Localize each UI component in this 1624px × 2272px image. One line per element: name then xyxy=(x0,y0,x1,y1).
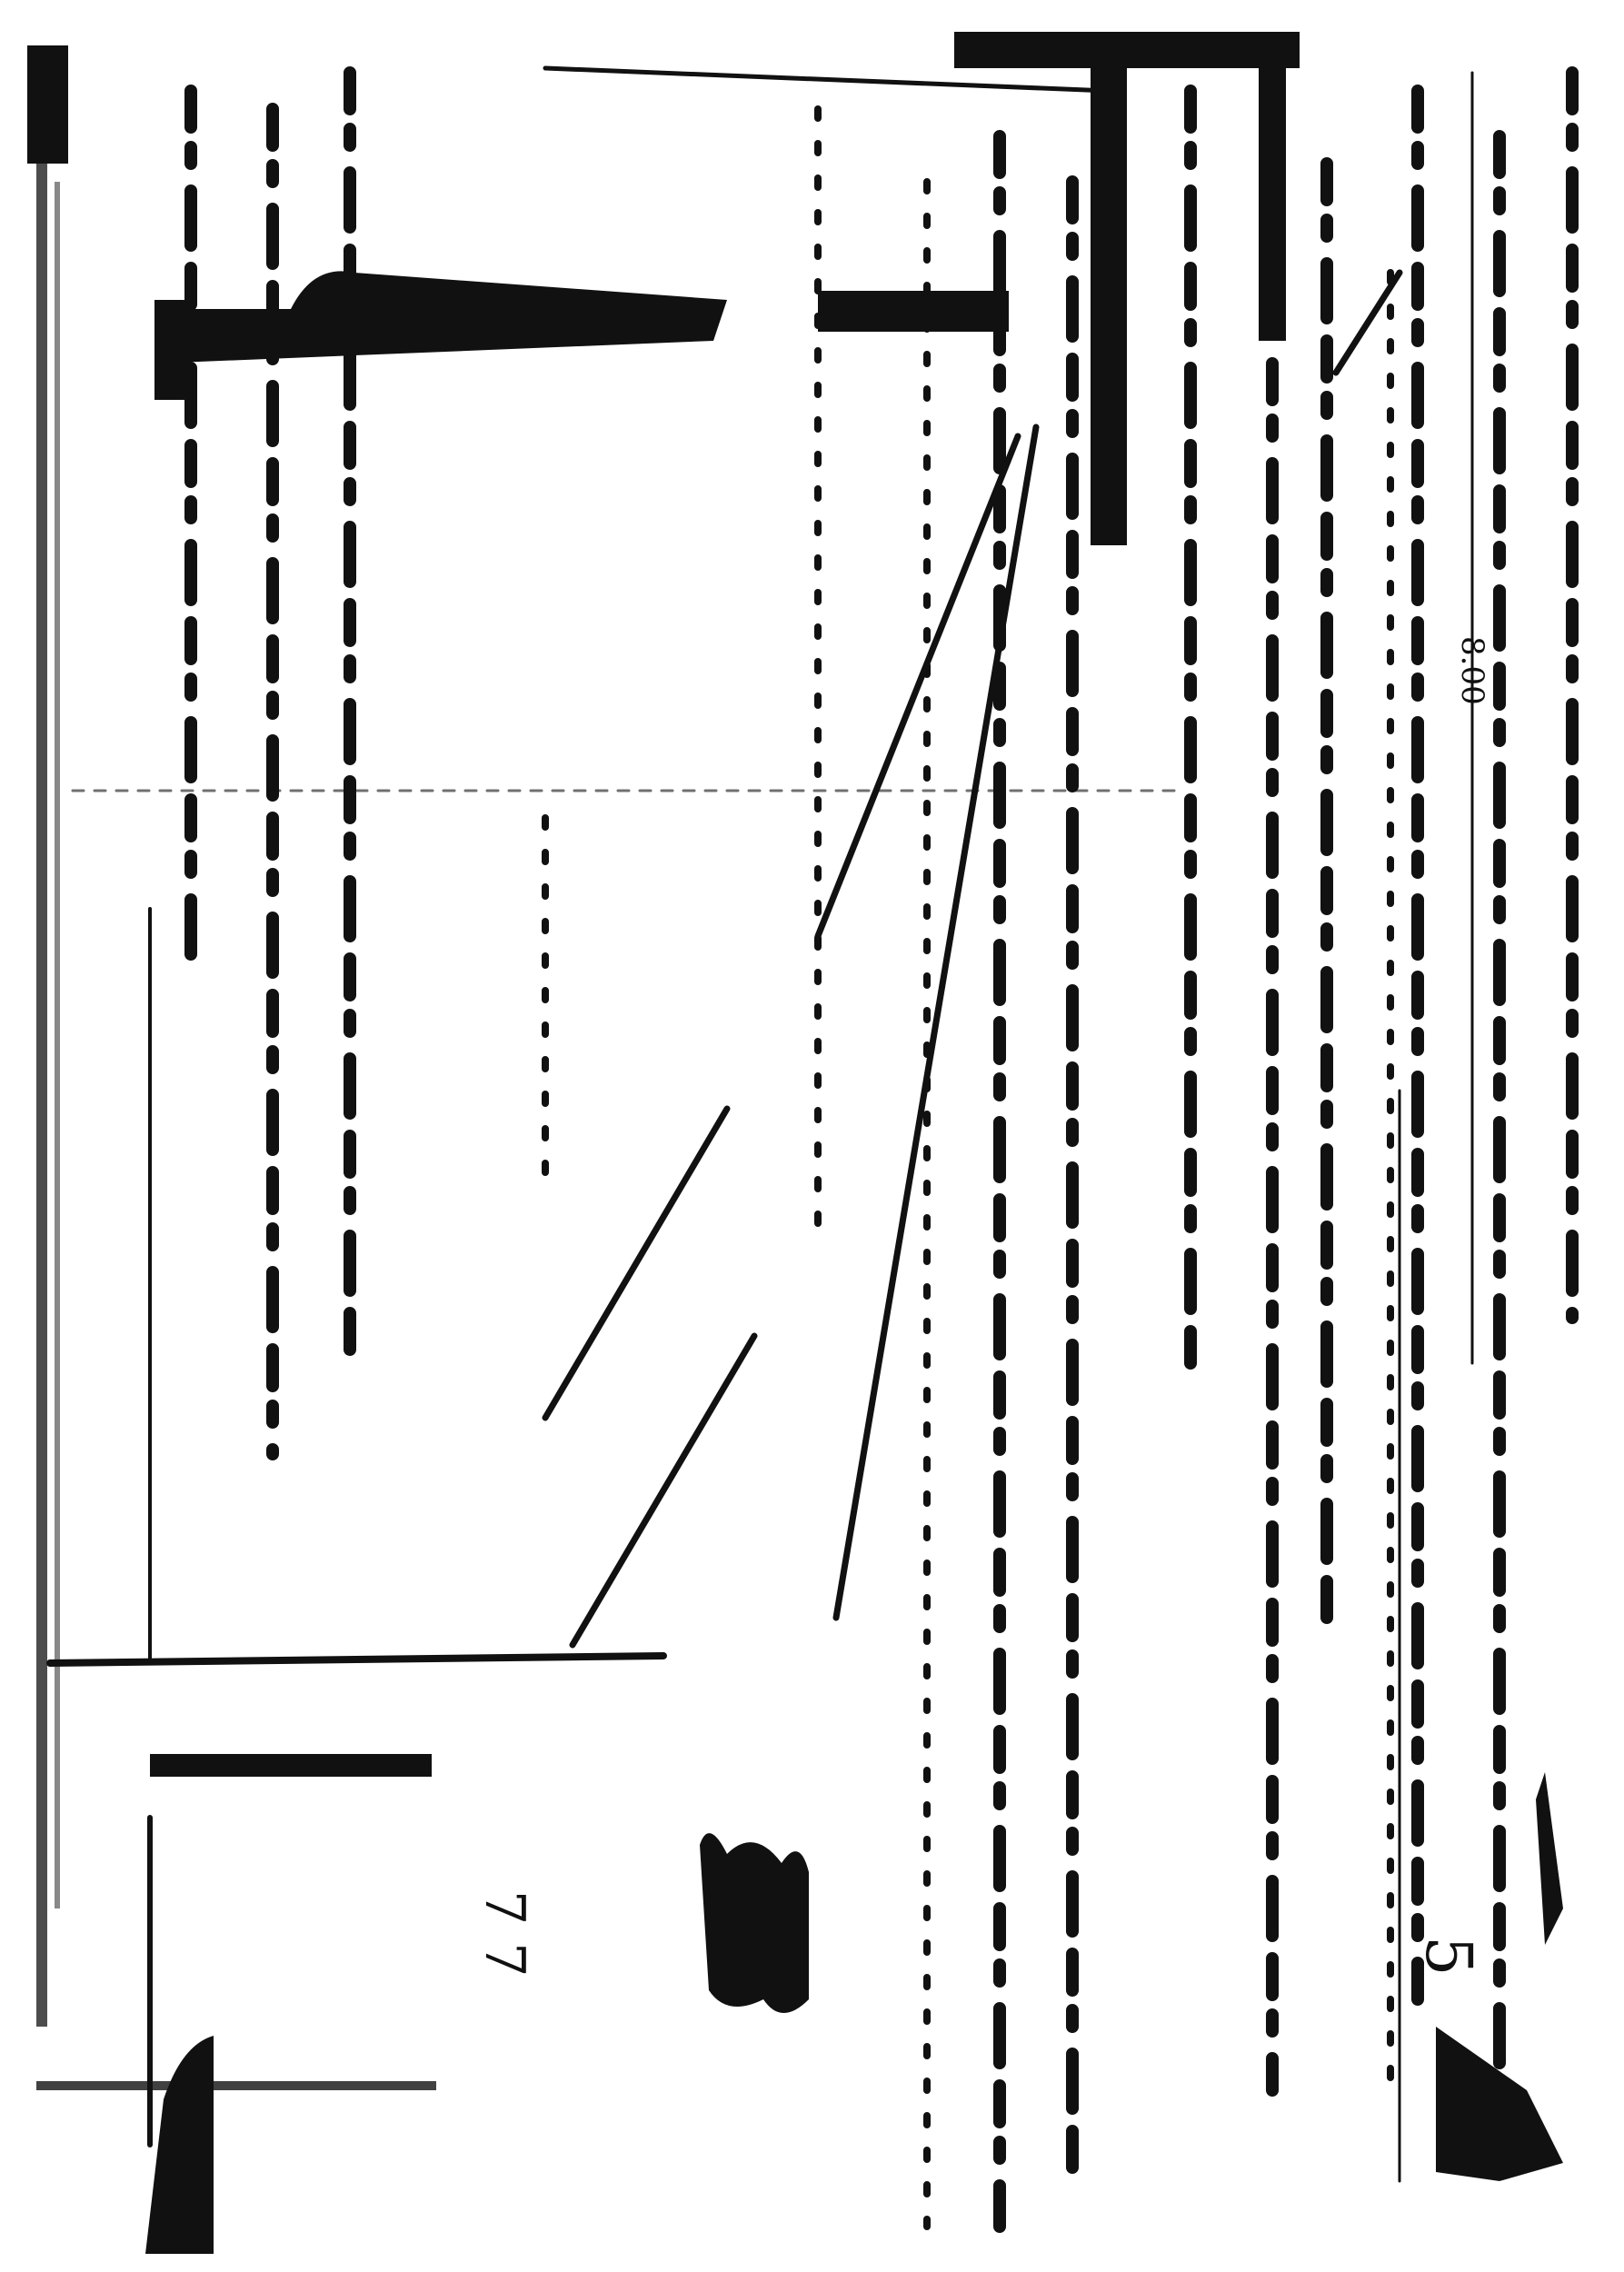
ink-block xyxy=(27,45,68,164)
ink-blot xyxy=(700,1833,809,2013)
grunge-texture xyxy=(0,0,1624,2272)
top-bar xyxy=(154,271,727,364)
amount-text: 8.00 xyxy=(1454,636,1490,705)
sevens-text: 7 7 xyxy=(473,1890,536,1977)
numeral-text: 5 xyxy=(1411,1936,1486,1977)
